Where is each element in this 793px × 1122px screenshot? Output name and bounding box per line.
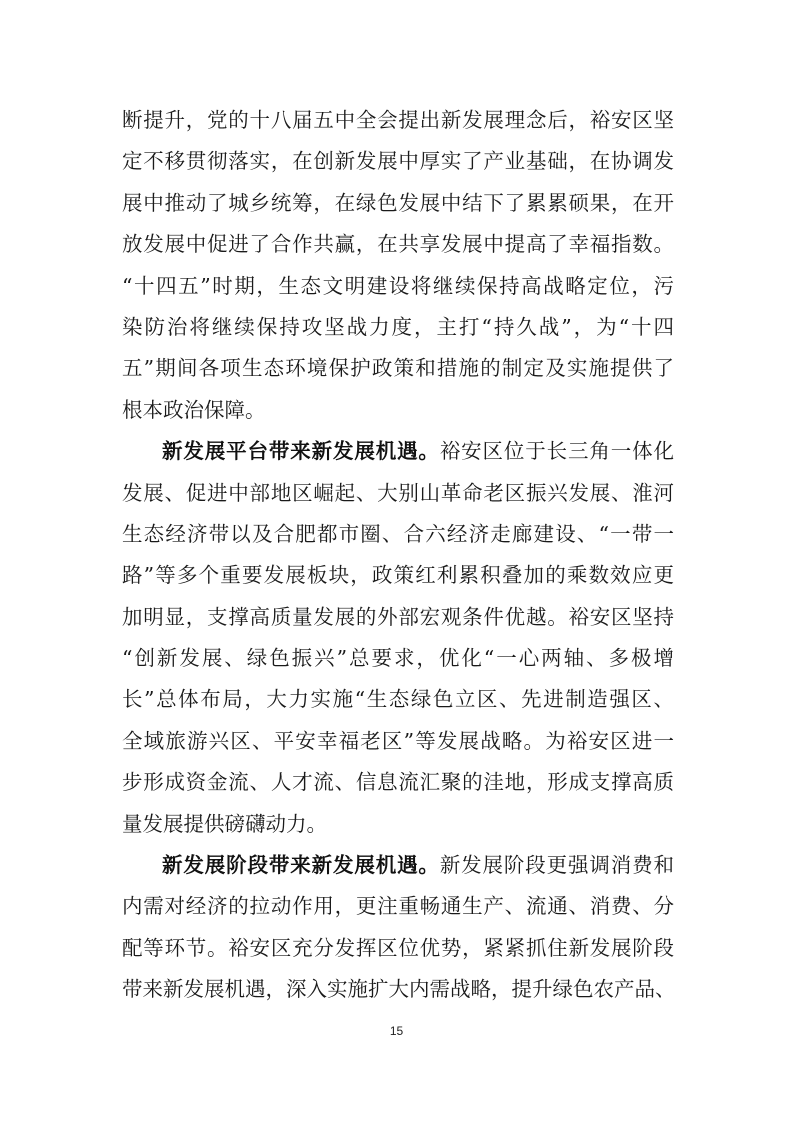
text-line: 放发展中促进了合作共赢，在共享发展中提高了幸福指数。 bbox=[122, 224, 674, 265]
text-line: 步形成资金流、人才流、信息流汇聚的洼地，形成支撑高质 bbox=[122, 762, 674, 803]
paragraph-text: 裕安区位于长三角一体化 bbox=[440, 439, 674, 463]
text-line: 发展、促进中部地区崛起、大别山革命老区振兴发展、淮河 bbox=[122, 473, 674, 514]
text-line: 带来新发展机遇，深入实施扩大内需战略，提升绿色农产品、 bbox=[122, 969, 674, 1010]
paragraph-heading: 新发展阶段带来新发展机遇。 bbox=[162, 853, 440, 877]
text-line: 加明显，支撑高质量发展的外部宏观条件优越。裕安区坚持 bbox=[122, 597, 674, 638]
text-line: 五”期间各项生态环境保护政策和措施的制定及实施提供了 bbox=[122, 348, 674, 389]
text-line: 生态经济带以及合肥都市圈、合六经济走廊建设、“一带一 bbox=[122, 514, 674, 555]
text-line: 展中推动了城乡统筹，在绿色发展中结下了累累硕果，在开 bbox=[122, 183, 674, 224]
text-line: 内需对经济的拉动作用，更注重畅通生产、流通、消费、分 bbox=[122, 886, 674, 927]
paragraph-first-line: 新发展阶段带来新发展机遇。新发展阶段更强调消费和 bbox=[122, 845, 674, 886]
paragraph-first-line: 新发展平台带来新发展机遇。裕安区位于长三角一体化 bbox=[122, 431, 674, 472]
text-line: 长”总体布局，大力实施“生态绿色立区、先进制造强区、 bbox=[122, 679, 674, 720]
text-line: 全域旅游兴区、平安幸福老区”等发展战略。为裕安区进一 bbox=[122, 721, 674, 762]
body-text: 断提升，党的十八届五中全会提出新发展理念后，裕安区坚 定不移贯彻落实，在创新发展… bbox=[122, 100, 674, 1011]
text-line: 断提升，党的十八届五中全会提出新发展理念后，裕安区坚 bbox=[122, 100, 674, 141]
paragraph-text: 新发展阶段更强调消费和 bbox=[440, 853, 674, 877]
text-line: 路”等多个重要发展板块，政策红利累积叠加的乘数效应更 bbox=[122, 555, 674, 596]
text-line: 根本政治保障。 bbox=[122, 390, 674, 431]
text-line: 量发展提供磅礴动力。 bbox=[122, 804, 674, 845]
text-line: 配等环节。裕安区充分发挥区位优势，紧紧抓住新发展阶段 bbox=[122, 928, 674, 969]
paragraph-heading: 新发展平台带来新发展机遇。 bbox=[162, 439, 440, 463]
document-page: 断提升，党的十八届五中全会提出新发展理念后，裕安区坚 定不移贯彻落实，在创新发展… bbox=[0, 0, 793, 1122]
page-number: 15 bbox=[0, 1024, 793, 1038]
text-line: “十四五”时期，生态文明建设将继续保持高战略定位，污 bbox=[122, 266, 674, 307]
text-line: 染防治将继续保持攻坚战力度，主打“持久战”，为“十四 bbox=[122, 307, 674, 348]
text-line: “创新发展、绿色振兴”总要求，优化“一心两轴、多极增 bbox=[122, 638, 674, 679]
text-line: 定不移贯彻落实，在创新发展中厚实了产业基础，在协调发 bbox=[122, 141, 674, 182]
